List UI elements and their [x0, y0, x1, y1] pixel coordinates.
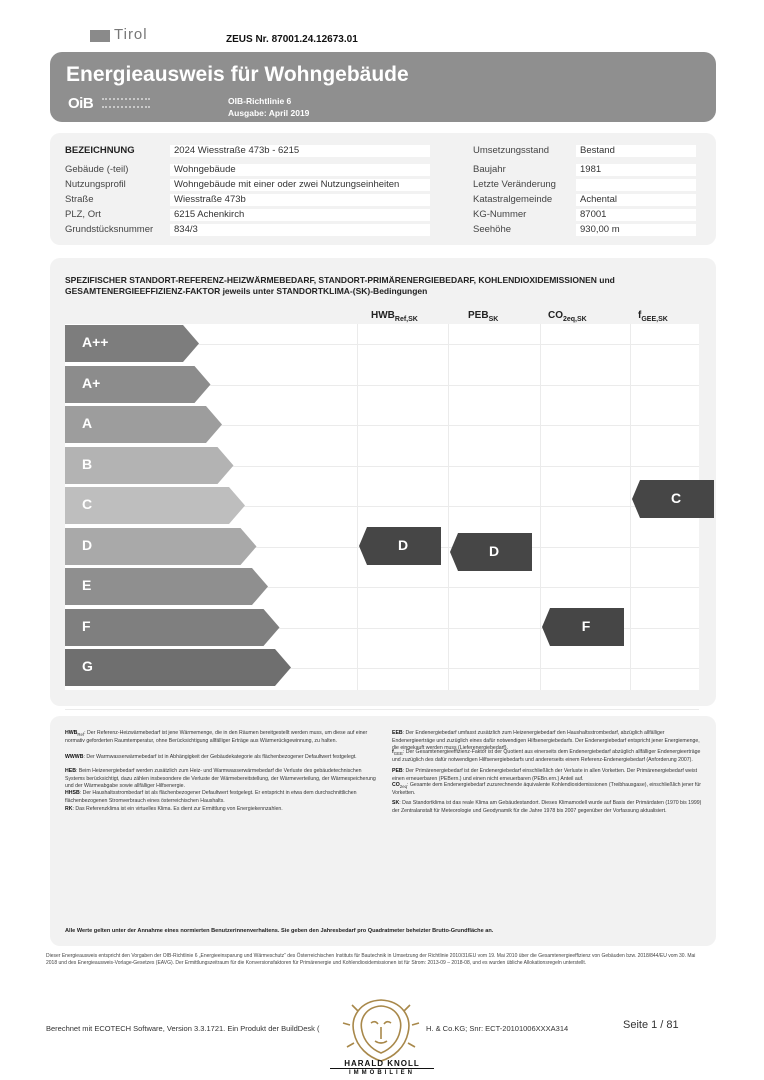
info-row-right: UmsetzungsstandBestand [50, 145, 716, 157]
column-name: PEB [468, 310, 489, 321]
definition-note: WWWB: Der Warmwasserwärmebedarf ist in A… [65, 754, 377, 762]
definition-note: HWBRef: Der Referenz-Heizwärmebedarf ist… [65, 730, 377, 745]
definition-term: HHSB [65, 790, 80, 796]
rating-marker-label: F [542, 618, 624, 634]
document-title: Energieausweis für Wohngebäude [66, 63, 409, 87]
definition-subscript: 2eq [400, 784, 407, 789]
guideline-name: OIB-Richtlinie 6 [228, 95, 309, 107]
definition-note: fGEE: Der Gesamtenergieeffizienz-Faktor … [392, 749, 704, 764]
definition-text: : Der Warmwasserwärmebedarf ist in Abhän… [83, 754, 356, 760]
grade-label: D [82, 537, 92, 553]
grade-label: A+ [82, 375, 100, 391]
grade-bar-c: C [65, 487, 245, 524]
definition-text: : Das Referenzklima ist ein virtuelles K… [73, 806, 283, 812]
rating-marker: C [632, 480, 714, 518]
brand-subtitle: IMMOBILIEN [330, 1068, 434, 1077]
info-value: Bestand [576, 145, 696, 157]
column-subscript: 2eq,SK [563, 316, 587, 323]
info-label: Umsetzungsstand [473, 145, 549, 157]
rating-marker: D [450, 533, 532, 571]
definition-subscript: GEE [394, 751, 403, 756]
grid-column-divider [357, 324, 358, 690]
grade-bar-g: G [65, 649, 291, 686]
info-row-right: Seehöhe930,00 m [50, 224, 716, 236]
definition-note: HHSB: Der Haushaltsstrombedarf ist als f… [65, 790, 377, 805]
definition-text: : Der Haushaltsstrombedarf ist als fläch… [65, 790, 357, 804]
notes-footer: Alle Werte gelten unter der Annahme eine… [65, 928, 493, 934]
grade-bar-f: F [65, 609, 280, 646]
info-label: Baujahr [473, 164, 506, 176]
oib-logo: OiB [68, 95, 93, 112]
definition-note: SK: Das Standortklima ist das reale Klim… [392, 800, 704, 815]
definition-text: : Beim Heizenergiebedarf werden zusätzli… [65, 768, 376, 789]
info-row-right: KatastralgemeindeAchental [50, 194, 716, 206]
grade-bar-aplus: A+ [65, 366, 211, 403]
grade-bar-a: A [65, 406, 222, 443]
info-value: 930,00 m [576, 224, 696, 236]
definition-text: : Der Referenz-Heizwärmebedarf ist jene … [65, 730, 367, 744]
info-value: 1981 [576, 164, 696, 176]
guideline-edition: Ausgabe: April 2019 [228, 107, 309, 119]
definitions-panel: Alle Werte gelten unter der Annahme eine… [50, 716, 716, 946]
lion-logo-icon [338, 997, 424, 1063]
info-row-right: Letzte Veränderung [50, 179, 716, 191]
tirol-logo-icon [90, 30, 110, 42]
definition-text: : Der Primärenergiebedarf ist der Endene… [392, 768, 697, 782]
header-banner: Energieausweis für Wohngebäude OiB OIB-R… [50, 52, 716, 122]
grade-label: E [82, 577, 91, 593]
rating-heading: SPEZIFISCHER STANDORT-REFERENZ-HEIZWÄRME… [65, 275, 705, 297]
grade-label: G [82, 658, 93, 674]
guideline-info: OIB-Richtlinie 6 Ausgabe: April 2019 [228, 95, 309, 119]
column-header: PEBSK [468, 310, 498, 323]
rating-marker-label: D [450, 543, 532, 559]
column-subscript: SK [489, 316, 499, 323]
info-value: Achental [576, 194, 696, 206]
grid-column-divider [630, 324, 631, 690]
grade-label: A [82, 415, 92, 431]
region-label: Tirol [114, 26, 148, 43]
column-name: HWB [371, 310, 395, 321]
definition-term: CO [392, 782, 400, 788]
info-row-right: Baujahr1981 [50, 164, 716, 176]
definition-text: : Das Standortklima ist das reale Klima … [392, 800, 701, 814]
definition-term: PEB [392, 768, 403, 774]
building-info-panel: BEZEICHNUNG2024 Wiesstraße 473b - 6215Ge… [50, 133, 716, 245]
grade-bar-d: D [65, 528, 257, 565]
grid-line [65, 709, 699, 710]
grade-label: F [82, 618, 91, 634]
column-subscript: GEE,SK [641, 316, 667, 323]
rating-grid: A++A+ABCDEFGDDFC [65, 324, 699, 690]
info-label: Letzte Veränderung [473, 179, 556, 191]
column-subscript: Ref,SK [395, 316, 418, 323]
definition-note: HEB: Beim Heizenergiebedarf werden zusät… [65, 768, 377, 790]
definition-note: CO2eq: Gesamte dem Endenergiebedarf zuzu… [392, 782, 704, 797]
grade-bar-b: B [65, 447, 234, 484]
definition-text: : Der Endenergiebedarf umfasst zusätzlic… [392, 730, 700, 751]
definition-term: EEB [392, 730, 403, 736]
grade-label: C [82, 496, 92, 512]
rating-marker: F [542, 608, 624, 646]
grade-bar-aplusplus: A++ [65, 325, 199, 362]
definition-term: WWWB [65, 754, 83, 760]
rating-marker-label: D [359, 537, 441, 553]
rating-marker: D [359, 527, 441, 565]
info-label: Seehöhe [473, 224, 511, 236]
definition-note: PEB: Der Primärenergiebedarf ist der End… [392, 768, 704, 783]
grade-bar-e: E [65, 568, 268, 605]
grid-column-divider [448, 324, 449, 690]
column-name: CO [548, 310, 563, 321]
info-label: Katastralgemeinde [473, 194, 552, 206]
column-header: HWBRef,SK [371, 310, 418, 323]
software-credit: Berechnet mit ECOTECH Software, Version … [46, 1024, 319, 1033]
serial-number: H. & Co.KG; Snr: ECT-20101006XXXA314 [426, 1024, 568, 1033]
grid-column-divider [540, 324, 541, 690]
info-value: 87001 [576, 209, 696, 221]
rating-marker-label: C [632, 490, 714, 506]
column-header: CO2eq,SK [548, 310, 587, 323]
definition-note: RK: Das Referenzklima ist ein virtuelles… [65, 806, 377, 814]
info-label: KG-Nummer [473, 209, 526, 221]
energy-rating-panel: SPEZIFISCHER STANDORT-REFERENZ-HEIZWÄRME… [50, 258, 716, 706]
grade-label: B [82, 456, 92, 472]
definition-term: HWB [65, 730, 77, 736]
oib-logo-subtitle-icon [102, 98, 150, 108]
info-value [576, 179, 696, 191]
definition-term: HEB [65, 768, 76, 774]
column-header: fGEE,SK [638, 310, 668, 323]
definition-text: : Gesamte dem Endenergiebedarf zuzurechn… [392, 782, 701, 796]
definition-term: RK [65, 806, 73, 812]
brand-name: HARALD KNOLL [330, 1060, 434, 1068]
info-row-right: KG-Nummer87001 [50, 209, 716, 221]
definition-text: : Der Gesamtenergieeffizienz-Faktor ist … [392, 749, 700, 763]
page-number: Seite 1 / 81 [623, 1019, 679, 1031]
brand-wordmark: HARALD KNOLL IMMOBILIEN [330, 1060, 434, 1077]
legal-notice: Dieser Energieausweis entspricht den Vor… [46, 953, 706, 967]
zeus-number: ZEUS Nr. 87001.24.12673.01 [226, 34, 358, 45]
grade-label: A++ [82, 334, 108, 350]
